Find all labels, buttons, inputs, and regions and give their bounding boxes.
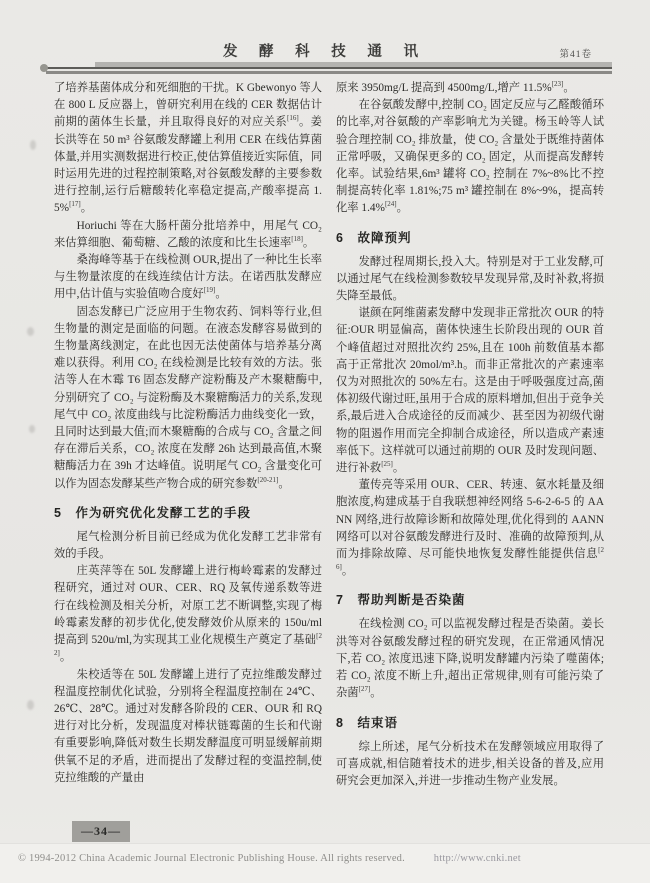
right-column: 原来 3950mg/L 提高到 4500mg/L,增产 11.5%[23]。在谷…	[336, 80, 604, 836]
scan-smudge	[30, 140, 36, 150]
volume-label: 第41卷	[559, 46, 592, 60]
paragraph: 固态发酵已广泛应用于生物农药、饲料等行业,但生物量的测定是面临的问题。在液态发酵…	[54, 304, 322, 493]
paragraph: 桑海峰等基于在线检测 OUR,提出了一种比生长率与生物量浓度的在线连续估计方法。…	[54, 252, 322, 304]
scan-smudge	[27, 327, 34, 336]
paragraph: 发酵过程周期长,投入大。特别是对于工业发酵,可以通过尾气在线检测参数较早发现异常…	[336, 254, 604, 306]
left-column: 了培养基菌体成分和死细胞的干扰。K Gbewonyo 等人在 800 L 反应器…	[54, 80, 322, 836]
paragraph: 在谷氨酸发酵中,控制 CO₂ 固定反应与乙醛酸循环的比率,对谷氨酸的产率影响尤为…	[336, 97, 604, 217]
paragraph: 在线检测 CO₂ 可以监视发酵过程是否染菌。姜长洪等对谷氨酸发酵过程的研究发现，…	[336, 616, 604, 702]
paragraph: 原来 3950mg/L 提高到 4500mg/L,增产 11.5%[23]。	[336, 80, 604, 97]
scan-artifact-dot	[40, 64, 48, 72]
cnki-url: http://www.cnki.net	[434, 853, 521, 864]
scan-smudge	[27, 700, 34, 710]
copyright-notice: © 1994-2012 China Academic Journal Elect…	[18, 853, 405, 864]
article-body: 了培养基菌体成分和死细胞的干扰。K Gbewonyo 等人在 800 L 反应器…	[54, 80, 604, 836]
section-heading: 7 帮助判断是否染菌	[336, 590, 604, 608]
header-rule	[46, 67, 612, 71]
paragraph: 庄英萍等在 50L 发酵罐上进行梅岭霉素的发酵过程研究，通过对 OUR、CER、…	[54, 563, 322, 666]
page-number: —34—	[81, 824, 121, 838]
paragraph: 董传亮等采用 OUR、CER、转速、氨水耗量及细胞浓度,构建成基于自我联想神经网…	[336, 477, 604, 580]
section-heading: 5 作为研究优化发酵工艺的手段	[54, 503, 322, 521]
section-heading: 6 故障预判	[336, 228, 604, 246]
page-number-bar: —34—	[72, 821, 130, 842]
scanned-journal-page: 发 酵 科 技 通 讯 第41卷 了培养基菌体成分和死细胞的干扰。K Gbewo…	[0, 0, 650, 883]
paragraph: 了培养基菌体成分和死细胞的干扰。K Gbewonyo 等人在 800 L 反应器…	[54, 80, 322, 218]
paragraph: 尾气检测分析目前已经成为优化发酵工艺非常有效的手段。	[54, 529, 322, 563]
paragraph: 朱校适等在 50L 发酵罐上进行了克拉维酸发酵过程温度控制优化试验，分别将全程温…	[54, 667, 322, 787]
paragraph: 综上所述，尾气分析技术在发酵领域应用取得了可喜成就,相信随着技术的进步,相关设备…	[336, 739, 604, 791]
paragraph: Horiuchi 等在大肠杆菌分批培养中，用尾气 CO₂ 来估算细胞、葡萄糖、乙…	[54, 218, 322, 252]
paragraph: 谌颜在阿维菌素发酵中发现非正常批次 OUR 的特征:OUR 明显偏高，菌体快速生…	[336, 305, 604, 477]
copyright-text: © 1994-2012 China Academic Journal Elect…	[18, 853, 521, 864]
journal-title: 发 酵 科 技 通 讯	[0, 40, 650, 61]
scan-smudge	[29, 425, 35, 433]
section-heading: 8 结束语	[336, 713, 604, 731]
copyright-bar: © 1994-2012 China Academic Journal Elect…	[0, 843, 650, 883]
